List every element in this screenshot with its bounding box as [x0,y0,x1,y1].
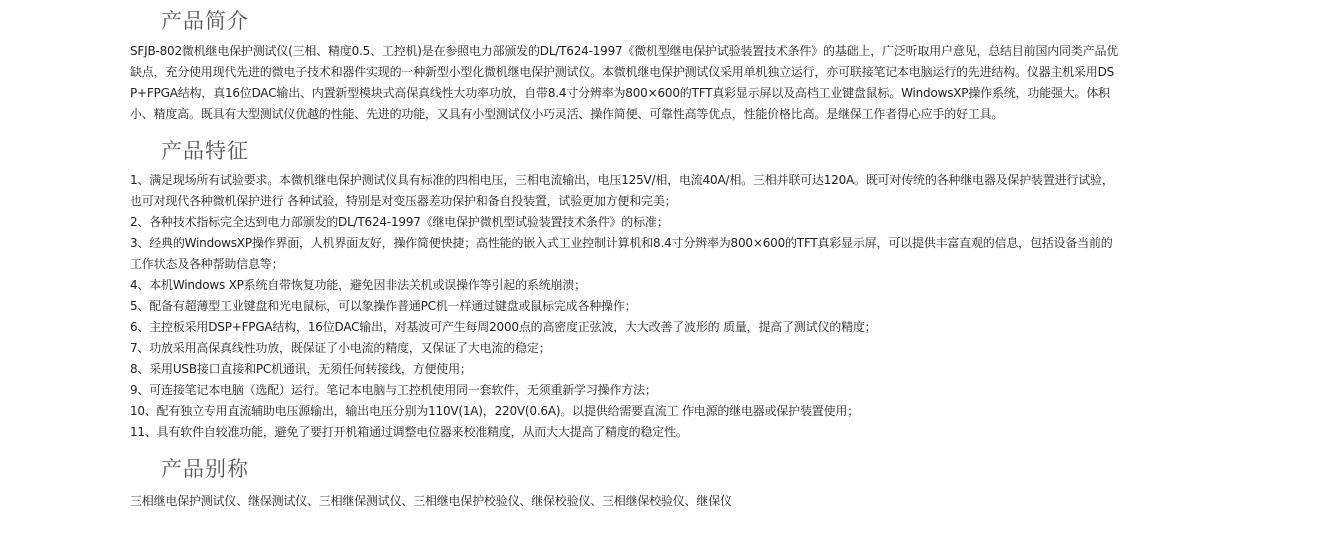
features-list: 1、满足现场所有试验要求。本微机继电保护测试仪具有标准的四相电压，三相电流输出，… [130,170,1120,443]
feature-item-1: 1、满足现场所有试验要求。本微机继电保护测试仪具有标准的四相电压，三相电流输出，… [130,170,1120,212]
alias-paragraph: 三相继电保护测试仪、继保测试仪、三相继保测试仪、三相继电保护校验仪、继保校验仪、… [130,491,1120,512]
section-title-intro: 产品简介 [130,5,1120,37]
feature-item-3: 3、经典的WindowsXP操作界面，人机界面友好，操作简便快捷；高性能的嵌入式… [130,233,1120,275]
feature-item-9: 9、可连接笔记本电脑（选配）运行。笔记本电脑与工控机使用同一套软件，无须重新学习… [130,380,1120,401]
feature-item-6: 6、主控板采用DSP+FPGA结构，16位DAC输出，对基波可产生每周2000点… [130,317,1120,338]
feature-item-4: 4、本机Windows XP系统自带恢复功能，避免因非法关机或误操作等引起的系统… [130,275,1120,296]
section-title-features: 产品特征 [130,135,1120,167]
feature-item-8: 8、采用USB接口直接和PC机通讯，无须任何转接线，方便使用； [130,359,1120,380]
product-content: 产品简介 SFJB-802微机继电保护测试仪(三相、精度0.5、工控机)是在参照… [130,0,1120,512]
feature-item-5: 5、配备有超薄型工业键盘和光电鼠标，可以象操作普通PC机一样通过键盘或鼠标完成各… [130,296,1120,317]
feature-item-2: 2、各种技术指标完全达到电力部颁发的DL/T624-1997《继电保护微机型试验… [130,212,1120,233]
feature-item-11: 11、具有软件自较准功能，避免了要打开机箱通过调整电位器来校准精度，从而大大提高… [130,422,1120,443]
intro-paragraph: SFJB-802微机继电保护测试仪(三相、精度0.5、工控机)是在参照电力部颁发… [130,41,1120,125]
feature-item-7: 7、功放采用高保真线性功放，既保证了小电流的精度，又保证了大电流的稳定； [130,338,1120,359]
feature-item-10: 10、配有独立专用直流辅助电压源输出，输出电压分别为110V(1A)，220V(… [130,401,1120,422]
section-title-alias: 产品别称 [130,453,1120,485]
